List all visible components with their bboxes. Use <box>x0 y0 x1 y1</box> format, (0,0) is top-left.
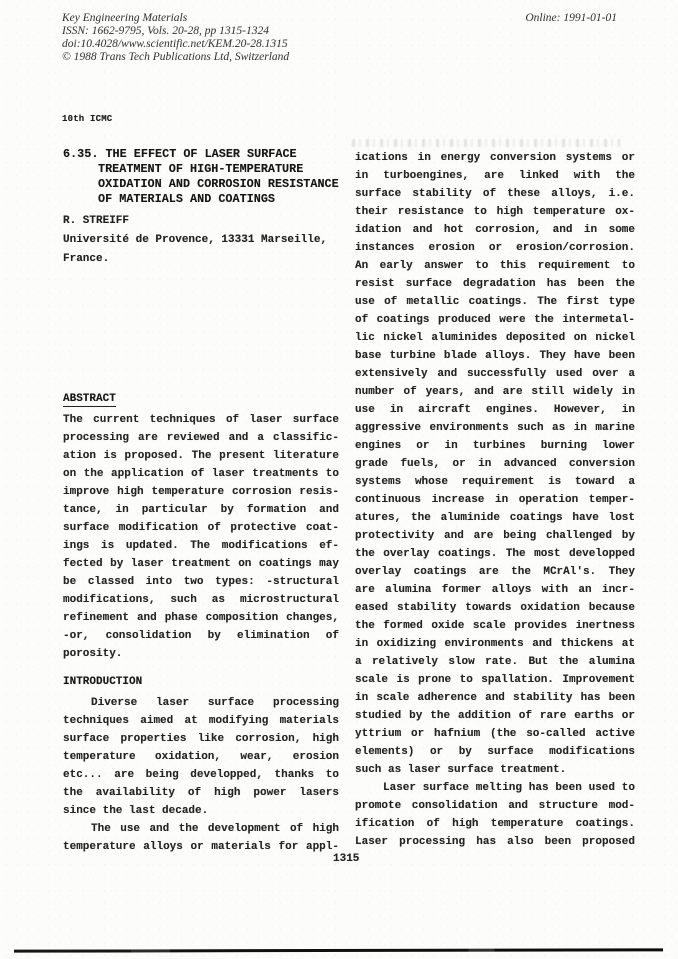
text-line: The current techniques of laser surface <box>63 411 339 429</box>
text-line: Laser processing has also been proposed <box>355 833 635 851</box>
text-line: ings is updated. The modifications ef- <box>63 537 339 555</box>
text-line: atures, the aluminide coatings have lost <box>355 509 635 527</box>
text-line: Laser surface melting has been used to <box>355 779 635 797</box>
text-line: lic nickel aluminides deposited on nicke… <box>355 329 635 347</box>
text-line: the overlay coatings. The most developpe… <box>355 545 635 563</box>
scan-artifact-line <box>14 948 663 952</box>
text-line: The use and the development of high <box>63 820 339 838</box>
text-line: overlay coatings are the MCrAl's. They <box>355 563 635 581</box>
text-line: aggressive environments such as in marin… <box>355 419 635 437</box>
text-line: promote consolidation and structure mod- <box>355 797 635 815</box>
right-column-text: ications in energy conversion systems or… <box>355 149 635 851</box>
text-line: processing are reviewed and a classific- <box>63 429 339 447</box>
text-line: in oxidizing environments and thickens a… <box>355 635 635 653</box>
text-line: grade fuels, or in advanced conversion <box>355 455 635 473</box>
text-line: such as laser surface treatment. <box>355 761 635 779</box>
text-line: yttrium or hafnium (the so-called active <box>355 725 635 743</box>
text-line: are alumina former alloys with an incr- <box>355 581 635 599</box>
text-line: instances erosion or erosion/corrosion. <box>355 239 635 257</box>
abstract-text: The current techniques of laser surfacep… <box>63 411 339 663</box>
text-line: improve high temperature corrosion resis… <box>63 483 339 501</box>
text-line: of coatings produced were the intermetal… <box>355 311 635 329</box>
text-line: eased stability towards oxidation becaus… <box>355 599 635 617</box>
text-line: use of metallic coatings. The first type <box>355 293 635 311</box>
text-line: systems whose requirement is toward a <box>355 473 635 491</box>
text-line: An early answer to this requirement to <box>355 257 635 275</box>
text-line: resist surface degradation has been the <box>355 275 635 293</box>
text-line: France. <box>63 250 327 269</box>
text-line: continuous increase in operation temper- <box>355 491 635 509</box>
text-line: surface stability of these alloys, i.e. <box>355 185 635 203</box>
journal-name: Key Engineering Materials <box>62 12 289 25</box>
doi-line: doi:10.4028/www.scientific.net/KEM.20-28… <box>62 38 289 51</box>
text-line: a relatively slow rate. But the alumina <box>355 653 635 671</box>
text-line: modifications, such as microstructural <box>63 591 339 609</box>
text-line: etc... are being developped, thanks to <box>63 766 339 784</box>
publisher-header: Key Engineering Materials ISSN: 1662-979… <box>62 12 289 64</box>
text-line: be classed into two types: -structural <box>63 573 339 591</box>
text-line: idation and hot corrosion, and in some <box>355 221 635 239</box>
issn-line: ISSN: 1662-9795, Vols. 20-28, pp 1315-13… <box>62 25 289 38</box>
text-line: temperature oxidation, wear, erosion <box>63 748 339 766</box>
text-line: OXIDATION AND CORROSION RESISTANCE <box>98 177 340 192</box>
text-line: in turboengines, are linked with the <box>355 167 635 185</box>
conference-tag: 10th ICMC <box>62 114 112 124</box>
text-line: TREATMENT OF HIGH-TEMPERATURE <box>98 162 340 177</box>
paper-title: 6.35. THE EFFECT OF LASER SURFACETREATME… <box>63 147 340 207</box>
scanned-paper-page: Key Engineering Materials ISSN: 1662-979… <box>0 0 678 959</box>
text-line: Université de Provence, 13331 Marseille, <box>63 231 327 250</box>
text-line: porosity. <box>63 645 339 663</box>
text-line: techniques aimed at modifying materials <box>63 712 339 730</box>
text-line: their resistance to high temperature ox- <box>355 203 635 221</box>
text-line: tance, in particular by formation and <box>63 501 339 519</box>
text-line: ation is proposed. The present literatur… <box>63 447 339 465</box>
author-affiliation: Université de Provence, 13331 Marseille,… <box>63 231 327 269</box>
text-line: the formed oxide scale provides inertnes… <box>355 617 635 635</box>
text-line: surface properties like corrosion, high <box>63 730 339 748</box>
author-name: R. STREIFF <box>63 215 129 227</box>
text-line: since the last decade. <box>63 802 339 820</box>
text-line: use in aircraft engines. However, in <box>355 401 635 419</box>
text-line: ification of high temperature coatings. <box>355 815 635 833</box>
text-line: fected by laser treatment on coatings ma… <box>63 555 339 573</box>
text-line: Diverse laser surface processing <box>63 694 339 712</box>
text-line: OF MATERIALS AND COATINGS <box>98 192 340 207</box>
text-line: scale is prone to spallation. Improvemen… <box>355 671 635 689</box>
copyright-line: © 1988 Trans Tech Publications Ltd, Swit… <box>62 51 289 64</box>
text-line: studied by the addition of rare earths o… <box>355 707 635 725</box>
text-line: temperature alloys or materials for appl… <box>63 838 339 856</box>
introduction-text: Diverse laser surface processingtechniqu… <box>63 694 339 856</box>
text-line: engines or in turbines burning lower <box>355 437 635 455</box>
text-line: surface modification of protective coat- <box>63 519 339 537</box>
introduction-heading: INTRODUCTION <box>63 676 142 688</box>
text-line: elements) or by surface modifications <box>355 743 635 761</box>
page-number: 1315 <box>333 853 359 865</box>
text-line: base turbine blade alloys. They have bee… <box>355 347 635 365</box>
text-line: protectivity and are being challenged by <box>355 527 635 545</box>
text-line: on the application of laser treatments t… <box>63 465 339 483</box>
text-line: ications in energy conversion systems or <box>355 149 635 167</box>
text-line: refinement and phase composition changes… <box>63 609 339 627</box>
abstract-heading: ABSTRACT <box>63 393 116 407</box>
online-date: Online: 1991-01-01 <box>525 12 617 24</box>
text-line: extensively and successfully used over a <box>355 365 635 383</box>
text-line: the availability of high power lasers <box>63 784 339 802</box>
scan-ghost-artifact <box>352 139 620 147</box>
text-line: -or, consolidation by elimination of <box>63 627 339 645</box>
text-line: in scale adherence and stability has bee… <box>355 689 635 707</box>
text-line: number of years, and are still widely in <box>355 383 635 401</box>
text-line: 6.35. THE EFFECT OF LASER SURFACE <box>63 147 340 162</box>
